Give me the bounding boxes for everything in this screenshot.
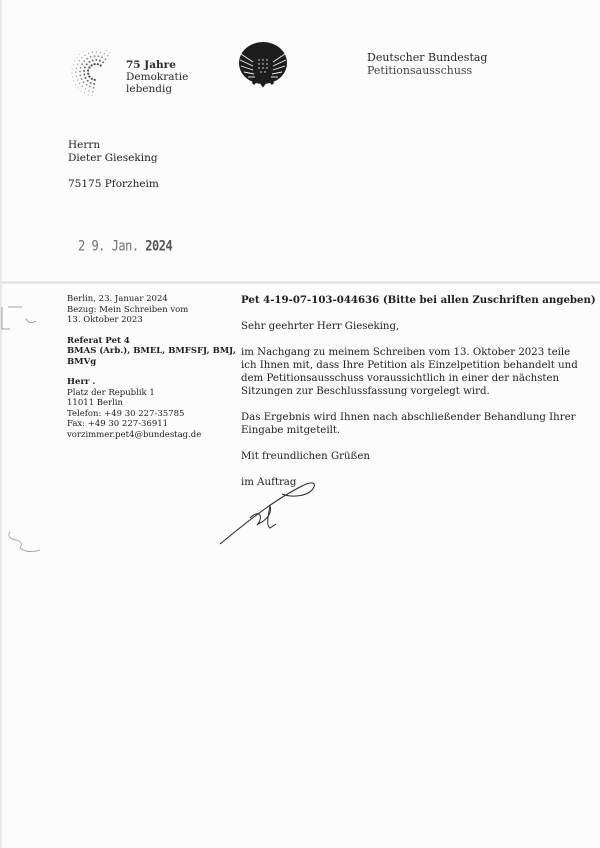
ministries-line-2: BMVg: [67, 357, 227, 368]
logo-line-1: 75 Jahre: [126, 59, 188, 71]
stamp-day: 2 9.: [78, 238, 105, 254]
recipient-name: Dieter Gieseking: [68, 152, 159, 165]
stamp-month: Jan.: [112, 238, 139, 254]
reference-line-2: 13. Oktober 2023: [67, 315, 227, 326]
greeting: Sehr geehrter Herr Gieseking,: [241, 320, 571, 333]
paragraph-2-line: Das Ergebnis wird Ihnen nach abschließen…: [241, 411, 571, 424]
closing: Mit freundlichen Grüßen: [241, 450, 571, 463]
paragraph-1: im Nachgang zu meinem Schreiben vom 13. …: [241, 346, 571, 398]
paragraph-1-line: im Nachgang zu meinem Schreiben vom 13. …: [241, 346, 571, 359]
sender-fax: Fax: +49 30 227-36911: [67, 419, 227, 430]
paragraph-2-line: Eingabe mitgeteilt.: [241, 424, 571, 437]
fold-line: [0, 281, 600, 284]
contact-name: Herr .: [67, 377, 227, 388]
sender-phone: Telefon: +49 30 227-35785: [67, 409, 227, 420]
paragraph-1-line: Sitzungen zur Beschlussfassung vorgelegt…: [241, 385, 571, 398]
anniversary-logo-text: 75 Jahre Demokratie lebendig: [126, 59, 188, 95]
ministries-line-1: BMAS (Arb.), BMEL, BMFSFJ, BMJ,: [67, 346, 227, 357]
recipient-salutation: Herrn: [68, 139, 159, 152]
reference-line-1: Bezug: Mein Schreiben vom: [67, 305, 227, 316]
logo-line-3: lebendig: [126, 83, 188, 95]
sender-email[interactable]: vorzimmer.pet4@bundestag.de: [67, 430, 227, 441]
scan-mark-icon: [0, 305, 40, 345]
scan-mark-icon: [4, 528, 44, 558]
sender-postal-city: 11011 Berlin: [67, 398, 227, 409]
stamp-year: 2024: [145, 238, 172, 254]
paragraph-1-line: ich Ihnen mit, dass Ihre Petition als Ei…: [241, 359, 571, 372]
organization-name: Deutscher Bundestag: [367, 51, 487, 64]
petition-reference: Pet 4-19-07-103-044636 (Bitte bei allen …: [241, 294, 571, 307]
handwritten-signature-icon: [212, 476, 332, 546]
sender-street: Platz der Republik 1: [67, 388, 227, 399]
unit-name: Referat Pet 4: [67, 336, 227, 347]
received-date-stamp: 2 9. Jan. 2024: [78, 238, 172, 254]
letter-body: Pet 4-19-07-103-044636 (Bitte bei allen …: [241, 294, 571, 489]
letter-page: 75 Jahre Demokratie lebendig Deutscher B…: [0, 0, 600, 848]
organization-block: Deutscher Bundestag Petitionsausschuss: [367, 51, 487, 77]
recipient-address: Herrn Dieter Gieseking 75175 Pforzheim: [68, 139, 159, 191]
paragraph-1-line: dem Petitionsausschuss voraussichtlich i…: [241, 372, 571, 385]
sender-info-column: Berlin, 23. Januar 2024 Bezug: Mein Schr…: [67, 294, 227, 440]
logo-line-2: Demokratie: [126, 71, 188, 83]
recipient-city: 75175 Pforzheim: [68, 178, 159, 191]
federal-eagle-icon: [238, 40, 288, 88]
page-edge: [0, 0, 2, 848]
letter-date: Berlin, 23. Januar 2024: [67, 294, 227, 305]
department-name: Petitionsausschuss: [367, 64, 487, 77]
dotted-arc-logo-icon: [66, 50, 124, 102]
paragraph-2: Das Ergebnis wird Ihnen nach abschließen…: [241, 411, 571, 437]
